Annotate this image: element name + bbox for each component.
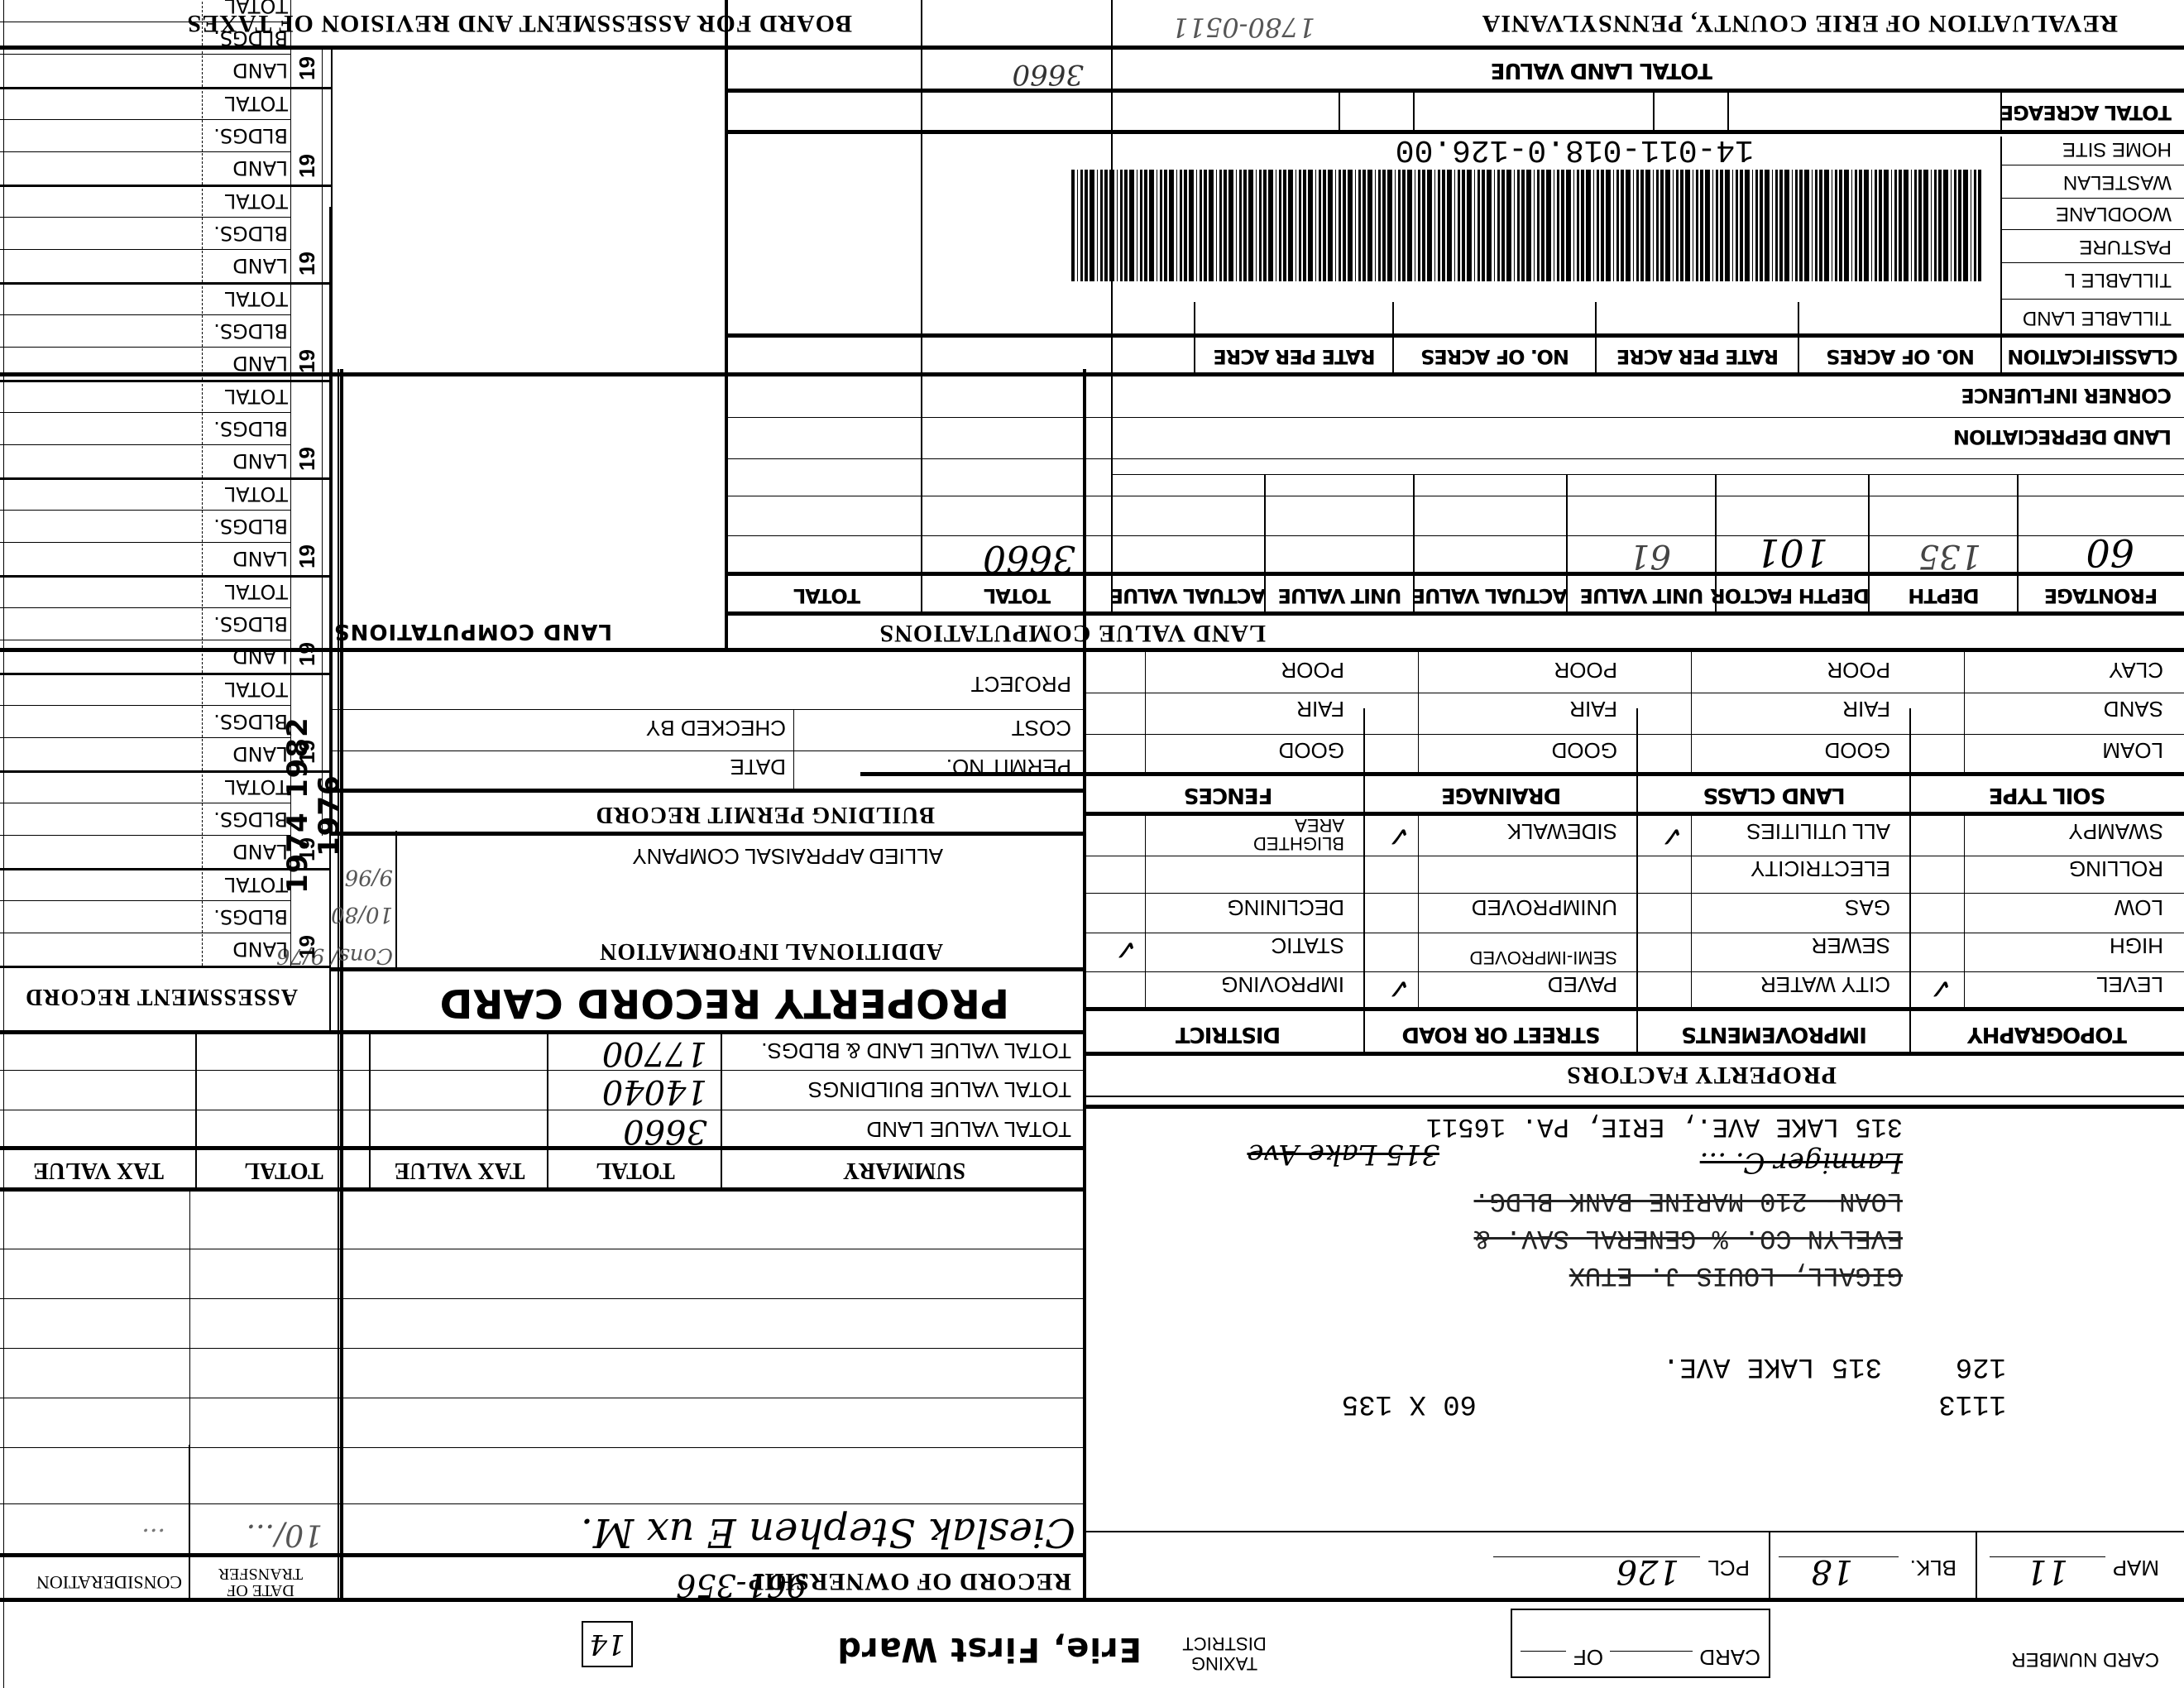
checked-by-label: CHECKED BY bbox=[646, 715, 786, 741]
assessment-year-group: 19LANDBLDGS.TOTAL bbox=[0, 380, 331, 480]
factor-rolling: ROLLING bbox=[2069, 856, 2163, 881]
assessment-row-label: LAND bbox=[232, 742, 288, 765]
row-wasteland: WASTELAN bbox=[2063, 170, 2172, 194]
project-label: PROJECT bbox=[971, 671, 1071, 697]
assessment-row-label: LAND bbox=[232, 840, 288, 863]
total-land-value-label: TOTAL LAND VALUE bbox=[1492, 58, 1712, 83]
check-mark-icon[interactable]: ✓ bbox=[1387, 971, 1411, 1005]
factor-paved: PAVED bbox=[1548, 971, 1617, 997]
col-total-2: TOTAL bbox=[732, 584, 922, 607]
land-class-fair: FAIR bbox=[1842, 696, 1890, 722]
street-or-road-header: STREET OR ROAD bbox=[1365, 1022, 1638, 1047]
col-depth: DEPTH bbox=[1870, 584, 2019, 607]
assessment-value-field[interactable] bbox=[4, 414, 199, 444]
depth-value[interactable]: 135 bbox=[1918, 537, 1981, 575]
unit-value[interactable]: 61 bbox=[1629, 537, 1671, 575]
map-label: MAP bbox=[2113, 1555, 2159, 1580]
of-label: OF bbox=[1573, 1644, 1603, 1670]
assessment-row-label: LAND bbox=[232, 352, 288, 375]
assessment-year-group: 19LANDBLDGS.TOTAL bbox=[0, 87, 331, 187]
card-of-box[interactable]: CARD OF bbox=[1511, 1609, 1770, 1678]
soil-clay: CLAY bbox=[2109, 657, 2163, 683]
appraiser-name: ALLIED APPRAISAL COMPANY bbox=[632, 843, 943, 869]
property-address: 315 LAKE AVE. bbox=[1663, 1350, 1882, 1382]
factor-improving: IMPROVING bbox=[1221, 971, 1344, 997]
col-rate-per-acre-2: RATE PER ACRE bbox=[1195, 345, 1394, 368]
assessment-row-label: TOTAL bbox=[225, 92, 288, 115]
row-home-site: HOME SITE bbox=[2062, 137, 2172, 161]
summary-title: SUMMARY bbox=[722, 1157, 1086, 1183]
assessment-row-label: BLDGS. bbox=[213, 710, 288, 733]
district-code-box: 14 bbox=[582, 1621, 633, 1667]
assessment-row-label: BLDGS. bbox=[213, 222, 288, 245]
summary-grand-total[interactable]: 17700 bbox=[602, 1034, 707, 1072]
factor-high: HIGH bbox=[2110, 933, 2163, 958]
factor-sidewalk: SIDEWALK bbox=[1507, 818, 1617, 844]
lot-dimensions: 60 X 135 bbox=[1342, 1388, 1477, 1419]
summary-buildings-total[interactable]: 14040 bbox=[602, 1072, 707, 1110]
corner-influence-label: CORNER INFLUENCE bbox=[1961, 384, 2172, 407]
assessment-row-label: LAND bbox=[232, 59, 288, 82]
consideration-value[interactable]: ... bbox=[141, 1523, 165, 1551]
assessment-value-field[interactable] bbox=[4, 186, 199, 216]
land-class-header: LAND CLASS bbox=[1638, 783, 1911, 808]
soil-type-header: SOIL TYPE bbox=[1911, 783, 2184, 808]
factor-blighted-area: BLIGHTED AREA bbox=[1212, 816, 1344, 852]
factor-semi-improved: SEMI-IMPROVED bbox=[1452, 948, 1617, 966]
stamp-1976: 1976 bbox=[313, 774, 346, 856]
assessment-value-field[interactable] bbox=[4, 641, 199, 671]
assessment-row-label: TOTAL bbox=[225, 385, 288, 408]
owner-name[interactable]: Cieslak Stephen E ux M. bbox=[581, 1509, 1075, 1556]
assessment-value-field[interactable] bbox=[4, 934, 199, 964]
assessment-row-label: BLDGS. bbox=[213, 612, 288, 635]
factor-city-water: CITY WATER bbox=[1760, 971, 1890, 997]
factor-unimproved: UNIMPROVED bbox=[1472, 894, 1617, 920]
assessment-record-title: ASSESSMENT RECORD bbox=[25, 983, 298, 1009]
assessment-year-group: 19LANDBLDGS.TOTAL bbox=[0, 282, 331, 382]
factor-level: LEVEL bbox=[2096, 971, 2163, 997]
owner-code-1: 1113 bbox=[1938, 1388, 2006, 1419]
factor-sewer: SEWER bbox=[1812, 933, 1890, 958]
col-actual-value-2: ACTUAL VALUE bbox=[1113, 584, 1266, 607]
assessment-value-field[interactable] bbox=[4, 511, 199, 541]
additional-information-title: ADDITIONAL INFORMATION bbox=[599, 938, 943, 964]
land-depreciation-label: LAND DEPRECIATION bbox=[1954, 425, 2172, 448]
assessment-value-field[interactable] bbox=[4, 446, 199, 476]
col-classification: CLASSIFICATION bbox=[2002, 345, 2184, 368]
assessment-row-label: TOTAL bbox=[225, 0, 288, 17]
assessment-row-label: BLDGS. bbox=[213, 905, 288, 928]
col-no-of-acres-1: NO. OF ACRES bbox=[1799, 345, 2002, 368]
assessment-row-label: LAND bbox=[232, 449, 288, 472]
assessment-value-field[interactable] bbox=[4, 348, 199, 378]
factor-swampy: SWAMPY bbox=[2068, 818, 2163, 844]
assessment-row-label: LAND bbox=[232, 645, 288, 668]
stamp-1974: 1974 bbox=[281, 812, 314, 894]
pcl-label: PCL bbox=[1707, 1555, 1750, 1580]
depth-factor-value[interactable]: 101 bbox=[1755, 530, 1828, 575]
assessment-value-field[interactable] bbox=[4, 23, 199, 53]
summary-row-land: TOTAL VALUE LAND bbox=[866, 1116, 1071, 1142]
revaluation-title: REVALUATION OF ERIE COUNTY, PENNSYLVANIA bbox=[1482, 9, 2118, 37]
permit-cost-label: COST bbox=[1012, 715, 1071, 741]
factor-static: STATIC bbox=[1271, 933, 1344, 958]
drainage-fair: FAIR bbox=[1569, 696, 1617, 722]
prior-owner-line-1: GIGALL, LOUIS J. ETUX bbox=[1569, 1260, 1903, 1291]
land-computations-title: LAND COMPUTATIONS bbox=[333, 619, 612, 644]
handwritten-file-number: 1780-0511 bbox=[1171, 12, 1315, 43]
soil-sand: SAND bbox=[2104, 696, 2163, 722]
assessment-value-field[interactable] bbox=[4, 674, 199, 704]
fences-poor: POOR bbox=[1281, 657, 1344, 683]
assessment-row-label: TOTAL bbox=[225, 189, 288, 213]
year-prefix: 19 bbox=[295, 642, 316, 666]
property-factors-title: PROPERTY FACTORS bbox=[1566, 1061, 1837, 1089]
land-value-computations-title: LAND VALUE COMPUTATIONS bbox=[879, 619, 1266, 647]
deed-book-reference: 961-356 bbox=[676, 1567, 807, 1604]
summary-row-land-and-bldgs: TOTAL VALUE LAND & BLDGS. bbox=[761, 1038, 1071, 1063]
drainage-header: DRAINAGE bbox=[1365, 783, 1638, 808]
assessment-year-group: 19LANDBLDGS.TOTAL bbox=[0, 575, 331, 675]
col-total-1: TOTAL bbox=[922, 584, 1113, 607]
transfer-date[interactable]: 10/... bbox=[247, 1518, 323, 1551]
check-mark-icon[interactable]: ✓ bbox=[1114, 933, 1138, 966]
assessment-row-label: TOTAL bbox=[225, 482, 288, 506]
assessment-value-field[interactable] bbox=[4, 218, 199, 248]
parcel-id: 14-011-018.0-126.00 bbox=[1396, 132, 1754, 167]
assessment-row-label: TOTAL bbox=[225, 580, 288, 603]
total-acreage-label: TOTAL ACREAGE bbox=[2001, 101, 2172, 124]
year-prefix: 19 bbox=[295, 154, 316, 178]
property-record-card: CARD NUMBER CARD OF TAXING DISTRICT Erie… bbox=[0, 0, 2184, 1688]
assessment-value-field[interactable] bbox=[4, 284, 199, 314]
assessment-row-label: TOTAL bbox=[225, 775, 288, 798]
prior-owner-line-2: EVELYN CO. % GENERAL SAV. & bbox=[1474, 1223, 1903, 1254]
permit-date-label: DATE bbox=[730, 754, 786, 779]
summary-land-total[interactable]: 3660 bbox=[623, 1112, 707, 1150]
row-tillable-l: TILLABLE L bbox=[2065, 268, 2172, 291]
check-mark-icon[interactable]: ✓ bbox=[1660, 819, 1684, 852]
col-rate-per-acre-1: RATE PER ACRE bbox=[1597, 345, 1799, 368]
col-depth-factor: DEPTH FACTOR bbox=[1717, 584, 1870, 607]
fences-fair: FAIR bbox=[1296, 696, 1344, 722]
factor-gas: GAS bbox=[1845, 894, 1890, 920]
assessment-value-field[interactable] bbox=[4, 772, 199, 802]
assessment-value-field[interactable] bbox=[4, 381, 199, 411]
land-class-good: GOOD bbox=[1825, 737, 1890, 763]
card-number-label: CARD NUMBER bbox=[2011, 1648, 2159, 1670]
assessment-year-group: 19LANDBLDGS.TOTAL bbox=[0, 477, 331, 578]
assessment-row-label: BLDGS. bbox=[213, 26, 288, 50]
assessment-value-field[interactable] bbox=[4, 609, 199, 639]
district-code: 14 bbox=[589, 1628, 625, 1661]
blk-value[interactable]: 18 bbox=[1811, 1552, 1853, 1590]
assessment-value-field[interactable] bbox=[4, 121, 199, 151]
factor-all-utilities: ALL UTILITIES bbox=[1746, 818, 1890, 844]
summary-row-buildings: TOTAL VALUE BUILDINGS bbox=[808, 1077, 1071, 1102]
assessment-row-label: LAND bbox=[232, 938, 288, 961]
check-mark-icon[interactable]: ✓ bbox=[1929, 971, 1953, 1005]
handwritten-address-note: 315 Lake Ave bbox=[1247, 1138, 1439, 1171]
improvements-header: IMPROVEMENTS bbox=[1638, 1022, 1911, 1047]
assessment-value-field[interactable] bbox=[4, 251, 199, 281]
assessment-value-field[interactable] bbox=[4, 707, 199, 736]
owner-code-2: 126 bbox=[1956, 1350, 2006, 1382]
assessment-row-label: BLDGS. bbox=[213, 124, 288, 147]
col-actual-value-1: ACTUAL VALUE bbox=[1415, 584, 1568, 607]
frontage-value[interactable]: 60 bbox=[2086, 530, 2134, 575]
drainage-good: GOOD bbox=[1552, 737, 1617, 763]
district-header: DISTRICT bbox=[1092, 1022, 1365, 1047]
assessment-row-label: LAND bbox=[232, 254, 288, 277]
assessment-row-label: TOTAL bbox=[225, 287, 288, 310]
assessment-row-label: BLDGS. bbox=[213, 808, 288, 831]
assessment-value-field[interactable] bbox=[4, 544, 199, 573]
col-unit-value-1: UNIT VALUE bbox=[1568, 584, 1717, 607]
row-tillable-land: TILLABLE LAND bbox=[2023, 306, 2172, 329]
col-no-of-acres-2: NO. OF ACRES bbox=[1394, 345, 1597, 368]
assessment-row-label: LAND bbox=[232, 547, 288, 570]
year-prefix: 19 bbox=[295, 544, 316, 568]
property-record-card-title: PROPERTY RECORD CARD bbox=[440, 980, 1009, 1026]
card-label: CARD bbox=[1699, 1644, 1760, 1670]
summary-col-total-1: TOTAL bbox=[548, 1157, 722, 1183]
assessment-row-label: LAND bbox=[232, 156, 288, 180]
assessment-row-label: BLDGS. bbox=[213, 417, 288, 440]
assessment-value-field[interactable] bbox=[4, 55, 199, 85]
drainage-poor: POOR bbox=[1554, 657, 1617, 683]
col-frontage: FRONTAGE bbox=[2019, 584, 2184, 607]
map-value[interactable]: 11 bbox=[2026, 1552, 2068, 1590]
fences-header: FENCES bbox=[1092, 783, 1365, 808]
col-unit-value-2: UNIT VALUE bbox=[1266, 584, 1415, 607]
row-pasture: PASTURE bbox=[2079, 235, 2172, 258]
current-mailing-address: 315 LAKE AVE., ERIE, PA. 16511 bbox=[1426, 1111, 1903, 1142]
assessment-value-field[interactable] bbox=[4, 837, 199, 866]
assessment-value-field[interactable] bbox=[4, 479, 199, 509]
assessment-value-field[interactable] bbox=[4, 153, 199, 183]
factor-declining: DECLINING bbox=[1227, 894, 1344, 920]
assessment-value-field[interactable] bbox=[4, 89, 199, 118]
prior-owner-handwritten: Lanniger C. ... bbox=[1700, 1146, 1903, 1179]
pcl-value[interactable]: 126 bbox=[1616, 1552, 1679, 1590]
additional-note-2: 10/80 bbox=[331, 902, 393, 927]
assessment-value-field[interactable] bbox=[4, 316, 199, 346]
parcel-barcode bbox=[1071, 170, 1981, 281]
summary-col-total-2: TOTAL bbox=[197, 1157, 371, 1183]
assessment-year-group: 19LANDBLDGS.TOTAL bbox=[0, 0, 331, 89]
consideration-label: CONSIDERATION bbox=[36, 1571, 182, 1593]
building-permit-record-title: BUILDING PERMIT RECORD bbox=[596, 801, 935, 827]
date-of-transfer-label: DATE OF TRANSFER bbox=[194, 1566, 327, 1599]
assessment-year-group: 19LANDBLDGS.TOTAL bbox=[0, 185, 331, 285]
assessment-value-field[interactable] bbox=[4, 577, 199, 607]
year-prefix: 19 bbox=[295, 252, 316, 276]
fences-good: GOOD bbox=[1279, 737, 1344, 763]
additional-note-3: 9/96 bbox=[345, 865, 393, 890]
summary-col-tax-value-2: TAX VALUE bbox=[0, 1157, 197, 1183]
factor-electricity: ELECTRICITY bbox=[1751, 856, 1890, 881]
assessment-value-field[interactable] bbox=[4, 902, 199, 932]
land-class-poor: POOR bbox=[1827, 657, 1890, 683]
land-total-value[interactable]: 3660 bbox=[983, 537, 1075, 579]
assessment-row-label: BLDGS. bbox=[213, 515, 288, 538]
assessment-row-label: TOTAL bbox=[225, 873, 288, 896]
year-prefix: 19 bbox=[295, 56, 316, 80]
taxing-district-label: TAXING DISTRICT bbox=[1158, 1633, 1291, 1673]
assessment-value-field[interactable] bbox=[4, 870, 199, 899]
assessment-value-field[interactable] bbox=[4, 739, 199, 769]
blk-label: BLK. bbox=[1910, 1555, 1956, 1580]
assessment-value-field[interactable] bbox=[4, 804, 199, 834]
total-land-value[interactable]: 3660 bbox=[1012, 58, 1084, 91]
year-prefix: 19 bbox=[295, 447, 316, 471]
year-prefix: 19 bbox=[295, 935, 316, 959]
district-name: Erie, First Ward bbox=[836, 1630, 1142, 1668]
prior-owner-line-3: LOAN- 210 MARINE BANK BLDG. bbox=[1474, 1186, 1903, 1216]
assessment-row-label: BLDGS. bbox=[213, 319, 288, 343]
permit-no-label: PERMIT NO. bbox=[946, 754, 1071, 779]
soil-loam: LOAM bbox=[2102, 737, 2163, 763]
topography-header: TOPOGRAPHY bbox=[1911, 1022, 2184, 1047]
factor-low: LOW bbox=[2115, 894, 2163, 920]
assessment-row-label: TOTAL bbox=[225, 678, 288, 701]
check-mark-icon[interactable]: ✓ bbox=[1387, 819, 1411, 852]
year-prefix: 19 bbox=[295, 349, 316, 373]
stamp-1982: 1982 bbox=[281, 717, 314, 798]
assessment-value-field[interactable] bbox=[4, 0, 199, 21]
row-woodlane: WOODLANE bbox=[2056, 202, 2172, 225]
summary-col-tax-value-1: TAX VALUE bbox=[371, 1157, 548, 1183]
